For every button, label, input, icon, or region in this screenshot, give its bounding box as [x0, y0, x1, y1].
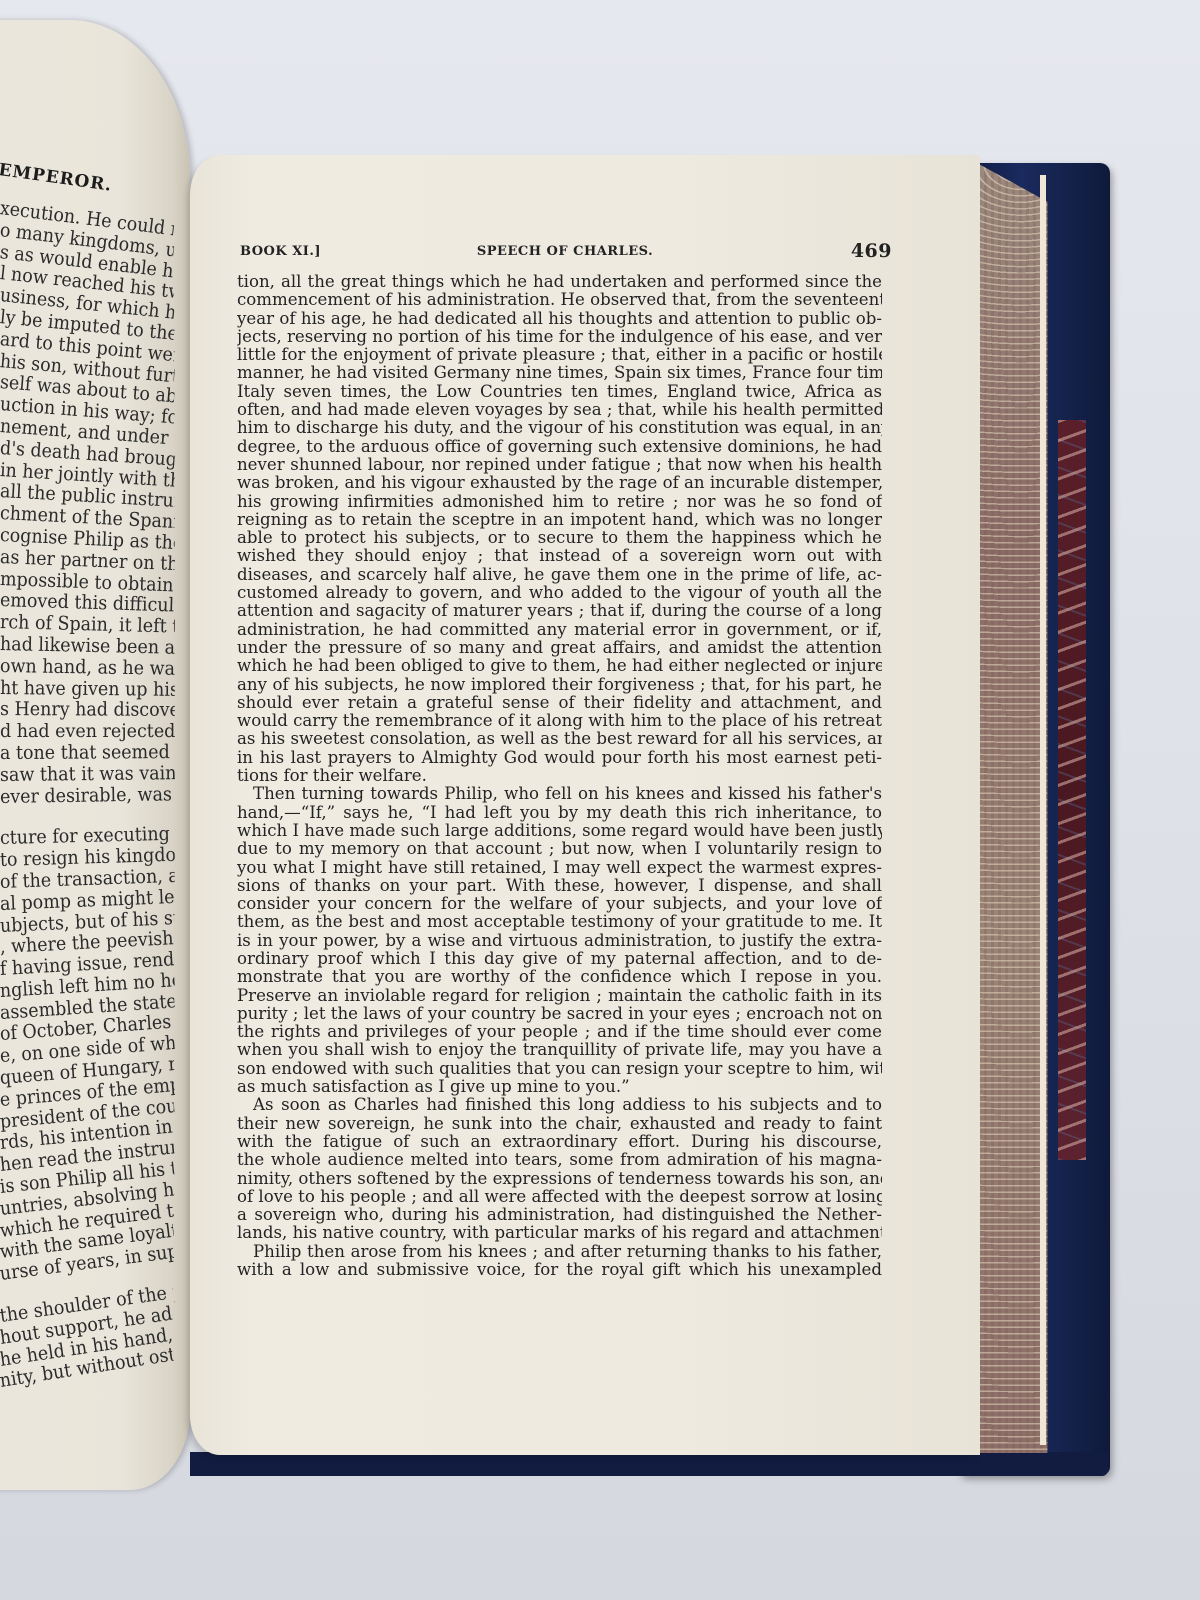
- text-line: a sovereign who, during his administrati…: [237, 1206, 882, 1224]
- text-line: As soon as Charles had finished this lon…: [237, 1096, 882, 1114]
- right-page: BOOK XI.] SPEECH OF CHARLES. 469 tion, a…: [190, 155, 980, 1455]
- text-line: tions for their welfare.: [237, 767, 882, 785]
- text-line: monstrate that you are worthy of the con…: [237, 968, 882, 986]
- text-line: Preserve an inviolable regard for religi…: [237, 987, 882, 1005]
- text-line: customed already to govern, and who adde…: [237, 584, 882, 602]
- text-line: them, as the best and most acceptable te…: [237, 913, 882, 931]
- book-cover-bottom-edge: [190, 1452, 1108, 1476]
- left-running-head: EMPEROR.: [0, 160, 113, 196]
- running-head-title: SPEECH OF CHARLES.: [240, 244, 890, 259]
- text-line: jects, reserving no portion of his time …: [237, 328, 882, 346]
- left-text-line: saw that it was vain to wait: [0, 763, 175, 787]
- text-line: with the fatigue of such an extraordinar…: [237, 1133, 882, 1151]
- text-line: wished they should enjoy ; that instead …: [237, 547, 882, 565]
- text-line: lands, his native country, with particul…: [237, 1224, 882, 1242]
- text-line: any of his subjects, he now implored the…: [237, 676, 882, 694]
- left-text-line: a tone that seemed to indicate: [0, 742, 175, 765]
- text-line: never shunned labour, nor repined under …: [237, 456, 882, 474]
- text-line: when you shall wish to enjoy the tranqui…: [237, 1041, 882, 1059]
- running-head: BOOK XI.] SPEECH OF CHARLES. 469: [240, 240, 890, 264]
- left-text-line: d had even rejected proposals: [0, 721, 175, 743]
- text-line: of love to his people ; and all were aff…: [237, 1188, 882, 1206]
- text-line: due to my memory on that account ; but n…: [237, 840, 882, 858]
- text-line: with a low and submissive voice, for the…: [237, 1261, 882, 1279]
- text-line: as his sweetest consolation, as well as …: [237, 730, 882, 748]
- text-line: should ever retain a grateful sense of t…: [237, 694, 882, 712]
- text-line: sions of thanks on your part. With these…: [237, 877, 882, 895]
- text-line: hand,—“If,” says he, “I had left you by …: [237, 804, 882, 822]
- left-text-line: own hand, as he was extremely: [0, 656, 175, 681]
- text-line: attention and sagacity of maturer years …: [237, 602, 882, 620]
- text-line: which he had been obliged to give to the…: [237, 657, 882, 675]
- text-line: purity ; let the laws of your country be…: [237, 1005, 882, 1023]
- text-line: son endowed with such qualities that you…: [237, 1060, 882, 1078]
- left-text-line: s Henry had discovered no dis-: [0, 699, 175, 722]
- left-page: EMPEROR. xecution. He could not thinko m…: [0, 20, 190, 1490]
- text-line: his growing infirmities admonished him t…: [237, 493, 882, 511]
- text-line: reigning as to retain the sceptre in an …: [237, 511, 882, 529]
- text-line: as much satisfaction as I give up mine t…: [237, 1078, 882, 1096]
- text-line: their new sovereign, he sunk into the ch…: [237, 1115, 882, 1133]
- text-line: ordinary proof which I this day give of …: [237, 950, 882, 968]
- marbled-cover-board: [1058, 420, 1086, 1160]
- left-page-text: xecution. He could not thinko many kingd…: [0, 198, 190, 1393]
- text-line: commencement of his administration. He o…: [237, 291, 882, 309]
- page-body-text: tion, all the great things which he had …: [237, 273, 882, 1279]
- text-line: which I have made such large additions, …: [237, 822, 882, 840]
- text-line: him to discharge his duty, and the vigou…: [237, 419, 882, 437]
- text-line: little for the enjoyment of private plea…: [237, 346, 882, 364]
- fore-edge-page-strip: [1040, 175, 1046, 1445]
- text-line: degree, to the arduous office of governi…: [237, 438, 882, 456]
- text-line: diseases, and scarcely half alive, he ga…: [237, 566, 882, 584]
- text-line: administration, he had committed any mat…: [237, 621, 882, 639]
- text-line: nimity, others softened by the expressio…: [237, 1170, 882, 1188]
- text-line: under the pressure of so many and great …: [237, 639, 882, 657]
- text-line: consider your concern for the welfare of…: [237, 895, 882, 913]
- text-line: manner, he had visited Germany nine time…: [237, 364, 882, 382]
- text-line: in his last prayers to Almighty God woul…: [237, 749, 882, 767]
- text-line: the rights and privileges of your people…: [237, 1023, 882, 1041]
- text-line: year of his age, he had dedicated all hi…: [237, 310, 882, 328]
- text-line: often, and had made eleven voyages by se…: [237, 401, 882, 419]
- text-line: would carry the remembrance of it along …: [237, 712, 882, 730]
- text-line: Italy seven times, the Low Countries ten…: [237, 383, 882, 401]
- left-text-line: ht have given up his kingdoms: [0, 678, 175, 702]
- text-line: tion, all the great things which he had …: [237, 273, 882, 291]
- left-text-line: ever desirable, was altogether: [0, 784, 175, 809]
- text-line: Then turning towards Philip, who fell on…: [237, 785, 882, 803]
- text-line: Philip then arose from his knees ; and a…: [237, 1243, 882, 1261]
- text-line: is in your power, by a wise and virtuous…: [237, 932, 882, 950]
- text-line: the whole audience melted into tears, so…: [237, 1151, 882, 1169]
- text-line: was broken, and his vigour exhausted by …: [237, 474, 882, 492]
- text-line: able to protect his subjects, or to secu…: [237, 529, 882, 547]
- text-line: you what I might have still retained, I …: [237, 859, 882, 877]
- page-number: 469: [851, 240, 892, 262]
